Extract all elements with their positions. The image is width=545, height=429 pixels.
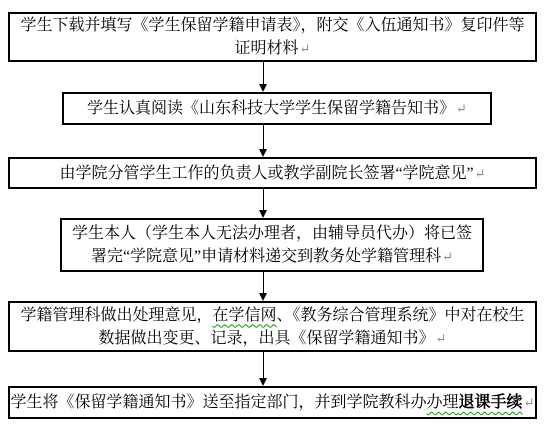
flow-connector-1 bbox=[259, 62, 268, 92]
flow-step-3: 由学院分管学生工作的负责人或教学副院长签署“学院意见”↵ bbox=[8, 157, 537, 189]
step-text: 署完“学院意见”申请材料递交到教务处学籍管理科 bbox=[91, 248, 441, 265]
paragraph-mark: ↵ bbox=[456, 101, 467, 116]
flow-step-5-line-2: 数据做出变更、记录，出具《保留学籍通知书》↵ bbox=[10, 327, 535, 350]
flow-step-4-line-2: 署完“学院意见”申请材料递交到教务处学籍管理科↵ bbox=[62, 245, 482, 268]
flow-step-1: 学生下载并填写《学生保留学籍申请表》，附交《入伍通知书》复印件等 证明材料↵ bbox=[8, 12, 537, 62]
arrow-down-icon bbox=[259, 378, 267, 386]
flow-step-4: 学生本人（学生本人无法办理者，由辅导员代办）将已签 署完“学院意见”申请材料递交… bbox=[60, 218, 484, 272]
flow-step-1-line-1: 学生下载并填写《学生保留学籍申请表》，附交《入伍通知书》复印件等 bbox=[10, 14, 535, 37]
arrow-shaft bbox=[263, 62, 264, 85]
flow-step-6: 学生将《保留学籍通知书》送至指定部门，并到学院教科办办理退课手续↵ bbox=[8, 386, 537, 419]
step-text: 学籍管理科做出处理意见， bbox=[20, 307, 212, 324]
grammar-flagged-text: 办理 bbox=[427, 394, 459, 411]
step-text: 学生下载并填写《学生保留学籍申请表》，附交《入伍通知书》复印件等 bbox=[20, 17, 524, 34]
flow-step-1-line-2: 证明材料↵ bbox=[10, 37, 535, 60]
arrow-down-icon bbox=[259, 84, 267, 92]
flowchart-canvas: 学生下载并填写《学生保留学籍申请表》，附交《入伍通知书》复印件等 证明材料↵ 学… bbox=[0, 0, 545, 429]
arrow-down-icon bbox=[259, 293, 267, 301]
flow-step-5: 学籍管理科做出处理意见，在学信网、《教务综合管理系统》中对在校生 数据做出变更、… bbox=[8, 301, 537, 352]
step-text: 学生本人（学生本人无法办理者，由辅导员代办）将已签 bbox=[72, 225, 472, 242]
flow-connector-5 bbox=[259, 352, 268, 386]
step-text: 学生将《保留学籍通知书》送至指定部门，并到学院教科办 bbox=[11, 394, 427, 411]
arrow-shaft bbox=[263, 125, 264, 150]
step-text: 由学院分管学生工作的负责人或教学副院长签署“学院意见” bbox=[59, 165, 473, 182]
arrow-down-icon bbox=[259, 210, 267, 218]
paragraph-mark: ↵ bbox=[436, 331, 447, 346]
flow-connector-4 bbox=[259, 272, 268, 301]
paragraph-mark: ↵ bbox=[442, 249, 453, 264]
step-text: 证明材料 bbox=[235, 40, 299, 57]
flow-step-2-line-1: 学生认真阅读《山东科技大学学生保留学籍告知书》↵ bbox=[64, 97, 490, 120]
arrow-down-icon bbox=[259, 149, 267, 157]
flow-step-3-line-1: 由学院分管学生工作的负责人或教学副院长签署“学院意见”↵ bbox=[10, 162, 535, 185]
arrow-shaft bbox=[263, 272, 264, 294]
flow-connector-2 bbox=[259, 125, 268, 157]
flow-step-6-line-1: 学生将《保留学籍通知书》送至指定部门，并到学院教科办办理退课手续↵ bbox=[10, 391, 535, 414]
paragraph-mark: ↵ bbox=[475, 166, 486, 181]
grammar-flagged-text: 在学信网 bbox=[212, 307, 276, 324]
grammar-flagged-bold-text: 退课手续 bbox=[459, 394, 523, 411]
step-text: 学生认真阅读《山东科技大学学生保留学籍告知书》 bbox=[87, 100, 455, 117]
paragraph-mark: ↵ bbox=[524, 395, 535, 410]
step-text: 数据做出变更、记录，出具《保留学籍通知书》 bbox=[99, 330, 435, 347]
arrow-shaft bbox=[263, 189, 264, 211]
arrow-shaft bbox=[263, 352, 264, 379]
flow-connector-3 bbox=[259, 189, 268, 218]
step-text: 、《教务综合管理系统》中对在校生 bbox=[277, 307, 525, 324]
flow-step-5-line-1: 学籍管理科做出处理意见，在学信网、《教务综合管理系统》中对在校生 bbox=[10, 304, 535, 327]
paragraph-mark: ↵ bbox=[300, 41, 311, 56]
flow-step-4-line-1: 学生本人（学生本人无法办理者，由辅导员代办）将已签 bbox=[62, 222, 482, 245]
flow-step-2: 学生认真阅读《山东科技大学学生保留学籍告知书》↵ bbox=[62, 92, 492, 125]
